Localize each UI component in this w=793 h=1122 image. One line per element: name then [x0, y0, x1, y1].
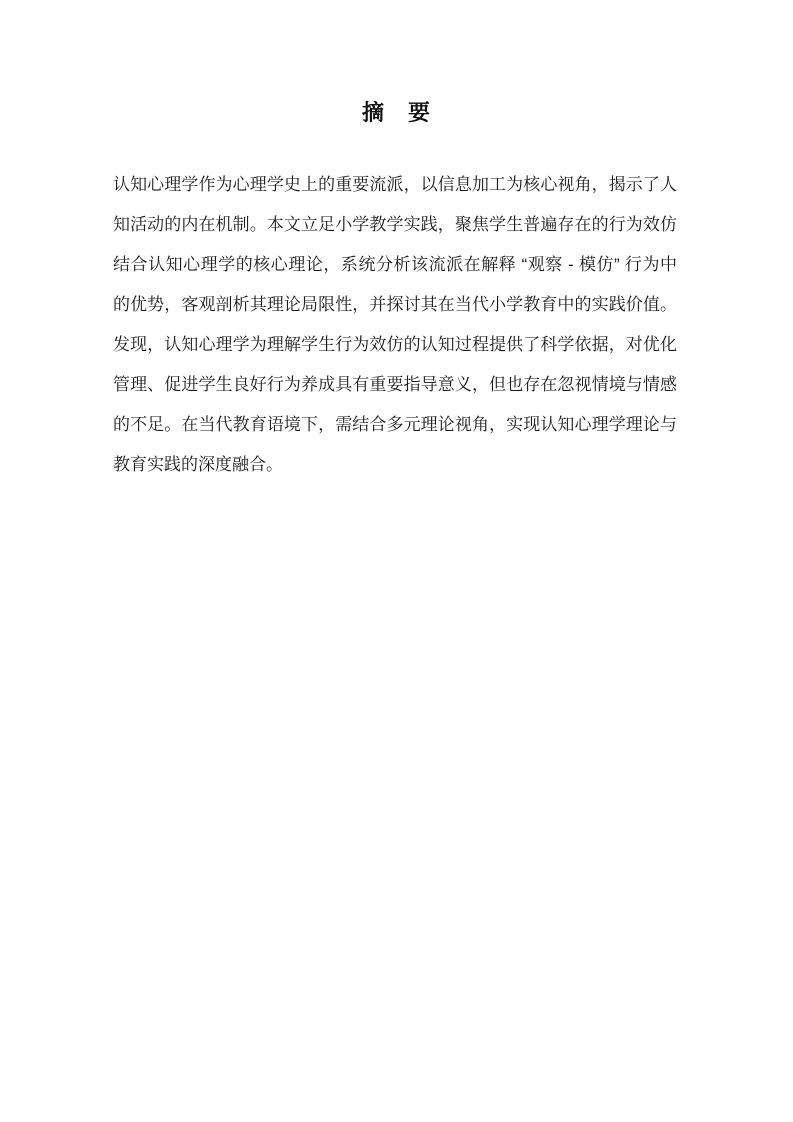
text-line: 管理、促进学生良好行为养成具有重要指导意义，但也存在忽视情境与情感因素 [113, 365, 677, 405]
text-line: 的优势，客观剖析其理论局限性，并探讨其在当代小学教育中的实践价值。研究 [113, 285, 677, 325]
text-line: 教育实践的深度融合。 [113, 445, 677, 485]
document-page: 摘 要 认知心理学作为心理学史上的重要流派，以信息加工为核心视角，揭示了人类认 … [0, 0, 793, 1122]
text-line: 的不足。在当代教育语境下，需结合多元理论视角，实现认知心理学理论与小学 [113, 405, 677, 445]
abstract-paragraph: 认知心理学作为心理学史上的重要流派，以信息加工为核心视角，揭示了人类认 知活动的… [113, 165, 677, 485]
text-line: 发现，认知心理学为理解学生行为效仿的认知过程提供了科学依据，对优化课堂 [113, 325, 677, 365]
text-line: 知活动的内在机制。本文立足小学教学实践，聚焦学生普遍存在的行为效仿现象， [113, 205, 677, 245]
page-title: 摘 要 [0, 100, 793, 126]
text-line: 结合认知心理学的核心理论，系统分析该流派在解释 “观察 - 模仿” 行为中 [113, 245, 677, 285]
text-line: 认知心理学作为心理学史上的重要流派，以信息加工为核心视角，揭示了人类认 [113, 165, 677, 205]
